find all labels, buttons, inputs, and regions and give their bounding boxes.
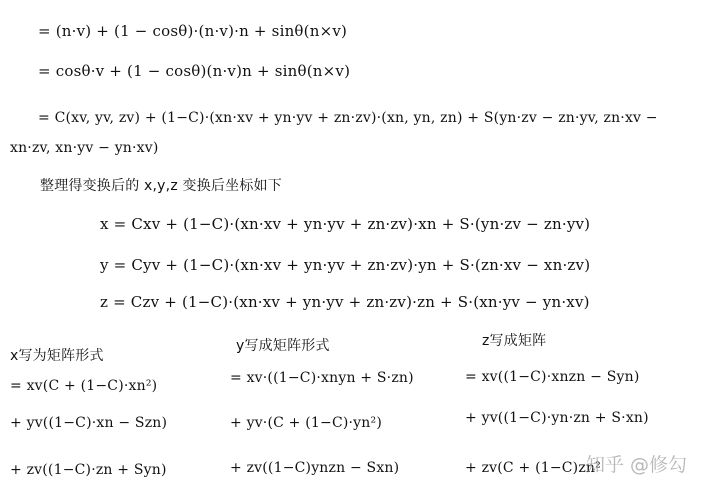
summary-heading: 整理得变换后的 x,y,z 变换后坐标如下 [40,175,282,195]
derivation-line-3b: xn·zv, xn·yv − yn·xv) [10,140,159,156]
derivation-line-2: = cosθ·v + (1 − cosθ)(n·v)n + sinθ(n×v) [38,62,350,80]
y-matrix-row-3: + zv((1−C)ynzn − Sxn) [230,460,399,476]
x-matrix-row-2: + yv((1−C)·xn − Szn) [10,415,167,431]
watermark: 知乎 @修勾 [586,450,687,477]
derivation-line-1: = (n·v) + (1 − cosθ)·(n·v)·n + sinθ(n×v) [38,22,347,40]
derivation-line-3a: = C(xv, yv, zv) + (1−C)·(xn·xv + yn·yv +… [38,110,658,126]
z-matrix-row-3: + zv(C + (1−C)zn² [465,460,601,476]
x-matrix-row-1: = xv(C + (1−C)·xn²) [10,378,157,394]
z-matrix-row-2: + yv((1−C)·yn·zn + S·xn) [465,410,649,426]
x-matrix-row-3: + zv((1−C)·zn + Syn) [10,462,167,478]
coordinate-z: z = Czv + (1−C)·(xn·xv + yn·yv + zn·zv)·… [100,293,590,311]
y-matrix-heading: y写成矩阵形式 [236,335,330,355]
z-matrix-row-1: = xv((1−C)·xnzn − Syn) [465,369,640,385]
z-matrix-heading: z写成矩阵 [482,330,546,350]
y-matrix-row-1: = xv·((1−C)·xnyn + S·zn) [230,370,414,386]
coordinate-y: y = Cyv + (1−C)·(xn·xv + yn·yv + zn·zv)·… [100,256,590,274]
y-matrix-row-2: + yv·(C + (1−C)·yn²) [230,415,382,431]
coordinate-x: x = Cxv + (1−C)·(xn·xv + yn·yv + zn·zv)·… [100,215,590,233]
x-matrix-heading: x写为矩阵形式 [10,345,104,365]
